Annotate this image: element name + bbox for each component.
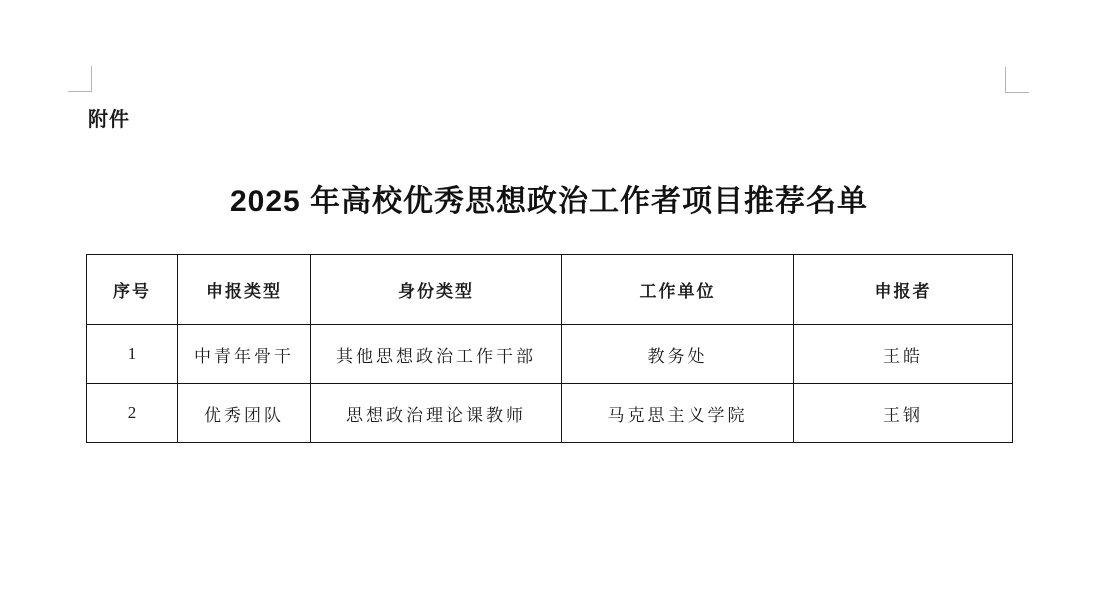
text-boundary-mark-top-right: [1005, 67, 1029, 93]
cell-work-unit: 教务处: [562, 325, 794, 384]
header-cell-identity-type: 身份类型: [311, 255, 562, 325]
text-boundary-mark-top-left: [68, 66, 92, 92]
table-row: 2 优秀团队 思想政治理论课教师 马克思主义学院 王钢: [87, 384, 1013, 443]
cell-applicant: 王钢: [794, 384, 1013, 443]
table-header-row: 序号 申报类型 身份类型 工作单位 申报者: [87, 255, 1013, 325]
document-title: 2025 年高校优秀思想政治工作者项目推荐名单: [86, 176, 1012, 220]
header-cell-serial-number: 序号: [87, 255, 178, 325]
header-cell-applicant: 申报者: [794, 255, 1013, 325]
cell-serial-number: 1: [87, 325, 178, 384]
cell-identity-type: 其他思想政治工作干部: [311, 325, 562, 384]
cell-application-type: 中青年骨干: [178, 325, 311, 384]
table-row: 1 中青年骨干 其他思想政治工作干部 教务处 王皓: [87, 325, 1013, 384]
cell-identity-type: 思想政治理论课教师: [311, 384, 562, 443]
cell-serial-number: 2: [87, 384, 178, 443]
cell-work-unit: 马克思主义学院: [562, 384, 794, 443]
header-cell-work-unit: 工作单位: [562, 255, 794, 325]
attachment-label: 附件: [88, 103, 130, 132]
cell-application-type: 优秀团队: [178, 384, 311, 443]
header-cell-application-type: 申报类型: [178, 255, 311, 325]
recommendation-table: 序号 申报类型 身份类型 工作单位 申报者 1 中青年骨干 其他思想政治工作干部…: [86, 254, 1013, 443]
cell-applicant: 王皓: [794, 325, 1013, 384]
document-page: 附件 2025 年高校优秀思想政治工作者项目推荐名单 序号 申报类型 身份类型 …: [0, 0, 1118, 592]
